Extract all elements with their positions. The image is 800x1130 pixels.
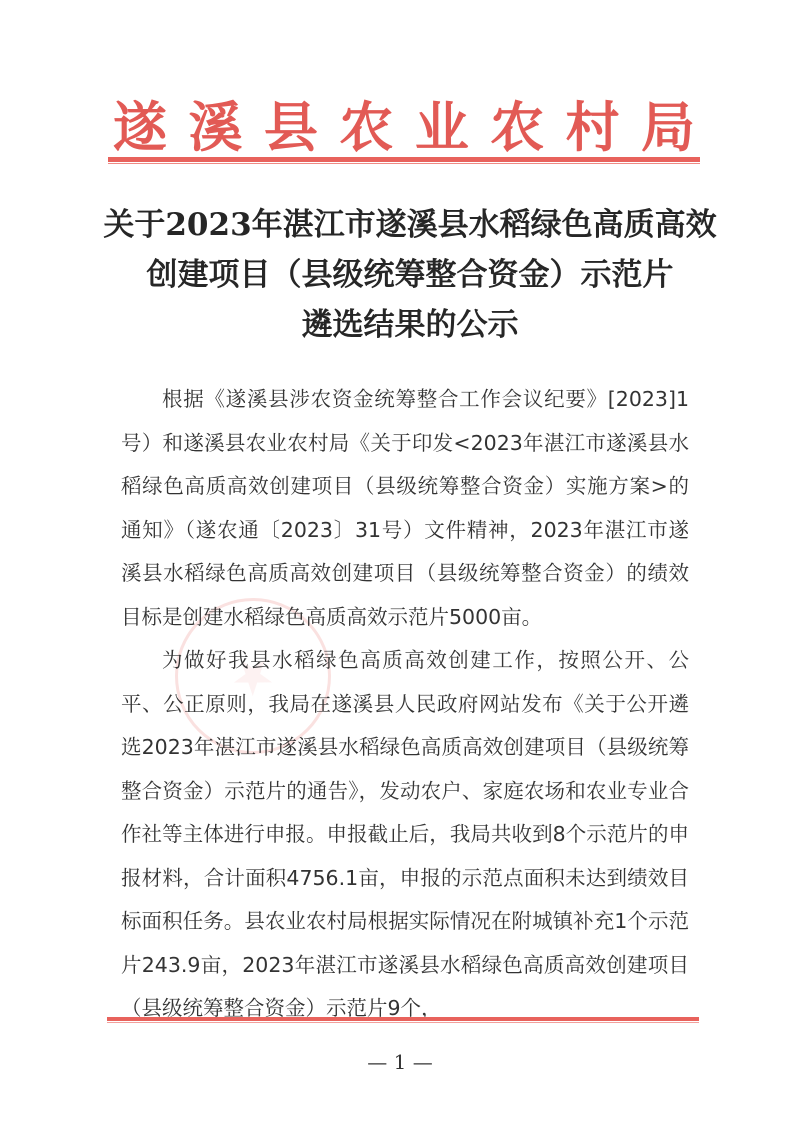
paragraph: 根据《遂溪县涉农资金统筹整合工作会议纪要》[2023]1号）和遂溪县农业农村局《… xyxy=(121,378,689,639)
header-red-rule xyxy=(108,157,700,162)
footer-red-rule xyxy=(107,1017,699,1021)
masthead-char: 遂 xyxy=(108,85,172,162)
document-body: 根据《遂溪县涉农资金统筹整合工作会议纪要》[2023]1号）和遂溪县农业农村局《… xyxy=(121,378,689,1031)
masthead-char: 业 xyxy=(410,85,474,162)
issuer-masthead: 遂 溪 县 农 业 农 村 局 xyxy=(108,88,700,158)
title-line: 遴选结果的公示 xyxy=(100,300,720,350)
title-line: 关于2023年湛江市遂溪县水稻绿色高质高效 xyxy=(100,200,720,250)
page-number: — 1 — xyxy=(300,1050,500,1074)
masthead-char: 县 xyxy=(259,85,323,162)
masthead-char: 局 xyxy=(636,85,700,162)
masthead-char: 农 xyxy=(334,85,398,162)
masthead-char: 村 xyxy=(561,85,625,162)
header-red-rule-thin xyxy=(108,163,700,164)
footer-red-rule-thin xyxy=(107,1022,699,1023)
masthead-char: 溪 xyxy=(183,85,247,162)
masthead-char: 农 xyxy=(485,85,549,162)
paragraph: 为做好我县水稻绿色高质高效创建工作，按照公开、公平、公正原则，我局在遂溪县人民政… xyxy=(121,639,689,1031)
document-title: 关于2023年湛江市遂溪县水稻绿色高质高效 创建项目（县级统筹整合资金）示范片 … xyxy=(100,200,720,350)
title-line: 创建项目（县级统筹整合资金）示范片 xyxy=(100,250,720,300)
